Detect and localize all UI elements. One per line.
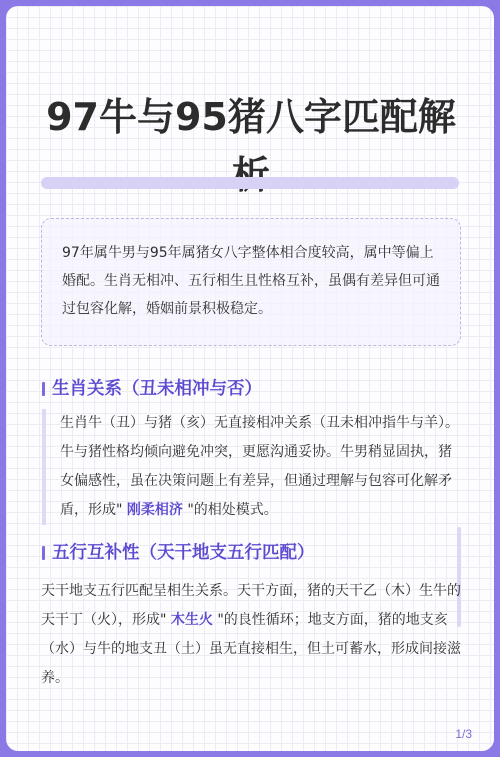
highlight-term: 刚柔相济 bbox=[127, 502, 183, 518]
summary-text: 97年属牛男与95年属猪女八字整体相合度较高，属中等偏上婚配。生肖无相冲、五行相… bbox=[62, 239, 442, 323]
highlight-term: 木生火 bbox=[171, 612, 213, 628]
section-heading-text: 生肖关系（丑未相冲与否） bbox=[52, 375, 262, 400]
article-card: 97牛与95猪八字匹配解析 97年属牛男与95年属猪女八字整体相合度较高，属中等… bbox=[6, 6, 494, 751]
page-indicator: 1/3 bbox=[455, 727, 472, 741]
section-heading-zodiac: 生肖关系（丑未相冲与否） bbox=[42, 374, 262, 400]
summary-box: 97年属牛男与95年属猪女八字整体相合度较高，属中等偏上婚配。生肖无相冲、五行相… bbox=[41, 218, 461, 346]
section-body-zodiac: 生肖牛（丑）与猪（亥）无直接相冲关系（丑未相冲指牛与羊）。牛与猪性格均倾向避免冲… bbox=[42, 409, 462, 525]
heading-accent-bar bbox=[42, 382, 45, 396]
section-heading-five-elements: 五行互补性（天干地支五行匹配） bbox=[42, 538, 315, 564]
body-text: "的相处模式。 bbox=[183, 502, 278, 518]
section-heading-text: 五行互补性（天干地支五行匹配） bbox=[52, 539, 315, 564]
heading-accent-bar bbox=[42, 546, 45, 560]
title-underline-bar bbox=[41, 177, 459, 189]
section-body-five-elements: 天干地支五行匹配呈相生关系。天干方面，猪的天干乙（木）生牛的天干丁（火），形成"… bbox=[41, 577, 461, 693]
